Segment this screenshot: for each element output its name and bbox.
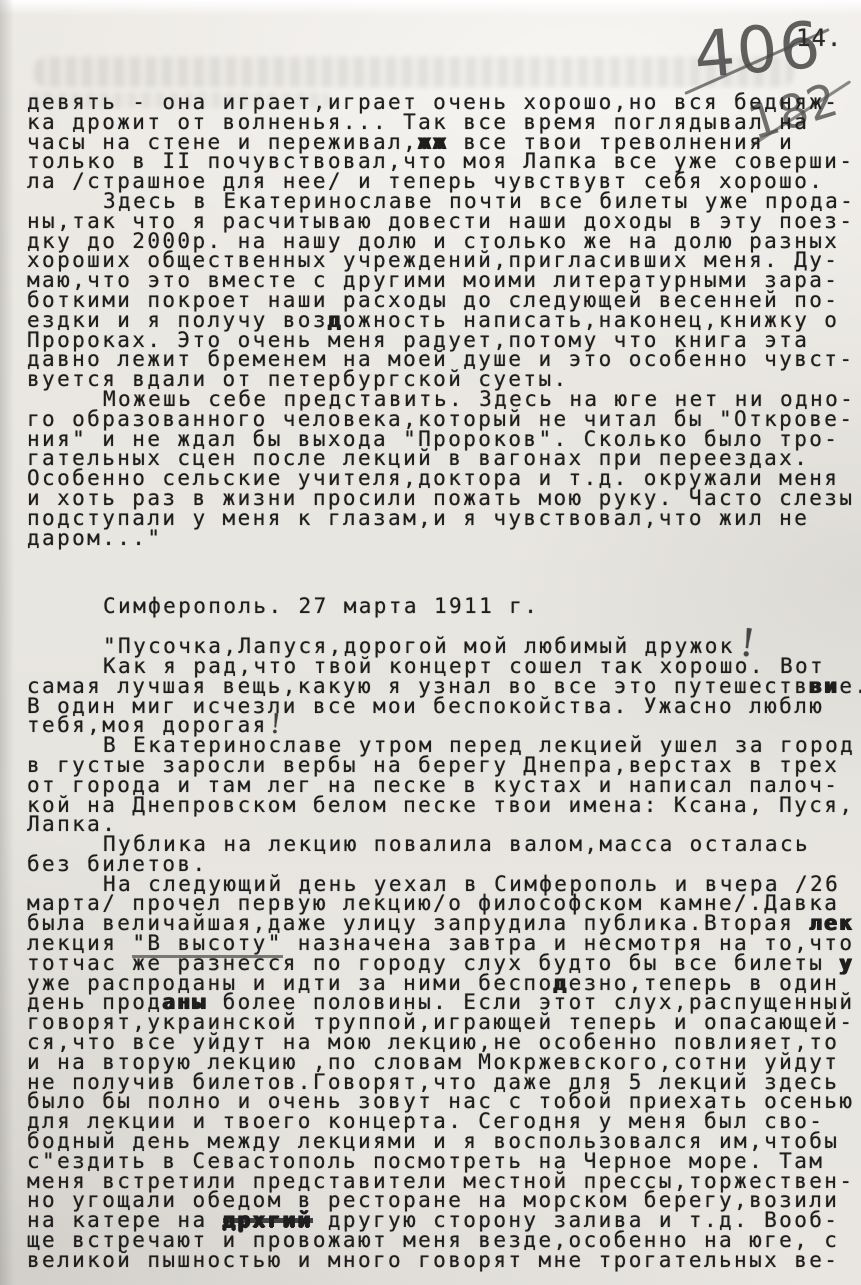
typed-page-number: 14.: [796, 24, 842, 52]
paragraph-concert-joy: Как я рад,что твой концерт сошел так хор…: [27, 657, 861, 736]
handwritten-exclamation: !: [270, 725, 283, 726]
text-line: Симферополь. 27 марта 1911 г.: [27, 597, 861, 617]
paragraph-readers-south: Можешь себе представить. Здесь на юге не…: [27, 390, 861, 548]
text-run: великой пышностью и много говорят мне тр…: [27, 1248, 839, 1272]
text-run: кой на Днепровском белом песке твои имен…: [27, 793, 854, 817]
letter-body: девять - она играет,играет очень хорошо,…: [27, 93, 861, 1271]
scan-edge-top: [0, 0, 861, 16]
paragraph-simferopol-lectures: На следующий день уехал в Симферополь и …: [27, 875, 861, 1271]
dateline: Симферополь. 27 марта 1911 г.: [27, 597, 861, 617]
handwritten-exclamation: !: [740, 642, 758, 644]
ink-bleed-smudge: [34, 57, 794, 87]
text-run: Публика на лекцию повалила валом,масса о…: [103, 832, 810, 856]
text-line: кой на Днепровском белом песке твои имен…: [27, 796, 861, 816]
paragraph-ekaterinoslav-tickets: Здесь в Екатеринославе почти все билеты …: [27, 192, 861, 390]
text-run: е.: [839, 674, 861, 698]
scanned-letter-page: 406 14. 182 девять - она играет,играет о…: [0, 0, 861, 1285]
text-run: Симферополь. 27 марта 1911 г.: [103, 594, 539, 618]
scan-edge-left: [0, 0, 14, 1285]
paragraph-dnepr-names: В Екатеринославе утром перед лекцией уше…: [27, 736, 861, 835]
overtyped-text: у: [839, 951, 854, 975]
text-line: даром...": [27, 529, 861, 549]
text-line: великой пышностью и много говорят мне тр…: [27, 1251, 861, 1271]
paragraph-crowd: Публика на лекцию повалила валом,масса о…: [27, 835, 861, 875]
paragraph-continuation: девять - она играет,играет очень хорошо,…: [27, 93, 861, 192]
text-run: даром...": [27, 526, 162, 550]
